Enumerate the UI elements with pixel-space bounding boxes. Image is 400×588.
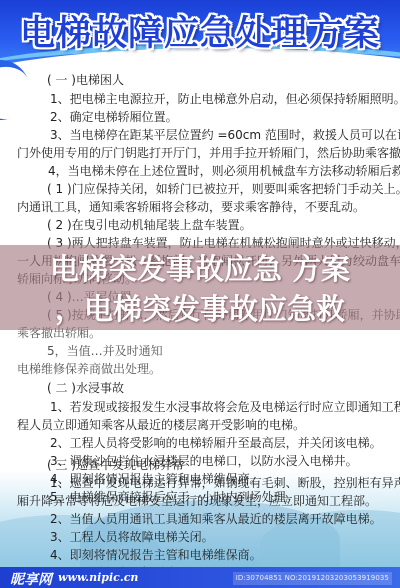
text-line: 2、当值人员用通讯工具通知乘客从最近的楼层离开故障电梯。 — [50, 512, 382, 526]
text-line: 电梯维修保养商做出处理。 — [17, 362, 161, 376]
section-heading: ( 一 )电梯困人 — [47, 73, 124, 87]
text-line: 程人员立即通知乘客从最近的楼层离开受影响的电梯。 — [17, 418, 305, 432]
overlay-title-line-1: 电梯突发事故应急 方案 — [0, 247, 400, 288]
poster-image: 电梯故障应急处理方案 ( 一 )电梯困人 1、把电梯主电源拉开，防止电梯意外启动… — [0, 0, 400, 588]
text-line: 门外使用专用的厅门钥匙打开厅门，并用手拉开轿厢门，然后协助乘客撤离轿厢。 — [17, 146, 400, 160]
text-line: 2、工程人员将受影响的电梯轿厢升至最高层，并关闭该电梯。 — [50, 436, 382, 450]
text-line: ( 1 )门应保持关闭，如轿门已被拉开，则要叫乘客把轿门手动关上。利用电梯 — [47, 182, 400, 196]
text-line: 3、工程人员将故障电梯关闭。 — [50, 530, 214, 544]
watermark-url: www.nipic.cn — [58, 571, 138, 584]
section-heading: ( 三 )巡查中发现电梯异常 — [47, 458, 184, 472]
nipic-logo: 昵享网 — [10, 569, 52, 588]
text-line: 2、确定电梯轿厢位置。 — [50, 110, 178, 124]
text-line: 1、若发现或接报发生水浸事故将会危及电梯运行时应立即通知工程部，工 — [50, 400, 400, 414]
text-line: 1、把电梯主电源拉开，防止电梯意外启动，但必须保持轿厢照明。 — [50, 92, 400, 106]
text-line: 4，当电梯未停在上述位置时，则必须用机械盘车方法移动轿厢后救人，步骤 — [48, 164, 400, 178]
text-line: 3、当电梯停在距某平层位置约 =60cm 范围时，救援人员可以在该平层的厅 — [50, 128, 400, 142]
title-overlay-band: 电梯突发事故应急 方案 ，电梯突发事故应急救 — [0, 245, 400, 330]
text-line: 1、巡查中发现电梯运行异常，如钢缆有毛刺、断股，控别柜有异声、异味，轿 — [50, 476, 400, 490]
text-line: 内通讯工具，通知乘客轿厢将会移动，要求乘客静待，不要乱动。 — [17, 200, 365, 214]
overlay-title-line-2: ，电梯突发事故应急救 — [0, 287, 400, 328]
text-line: 厢升降异常等将危及电梯安全运行的现象发生，应立即通知工程部。 — [17, 494, 377, 508]
section-heading: ( 二 )水浸事故 — [47, 381, 124, 395]
image-id-label: ID:30704851 NO:20191203203053919035 — [233, 572, 392, 585]
watermark-footer: 昵享网 www.nipic.cn ID:30704851 NO:20191203… — [0, 567, 400, 588]
text-line: 4、即刻将情况报告主管和电梯维保商。 — [50, 548, 262, 562]
text-line: ( 2 )在曳引电动机轴尾装上盘车装置。 — [47, 218, 252, 232]
document-title: 电梯故障应急处理方案 — [0, 6, 400, 56]
text-line: 5，当值…并及时通知 — [47, 344, 163, 358]
